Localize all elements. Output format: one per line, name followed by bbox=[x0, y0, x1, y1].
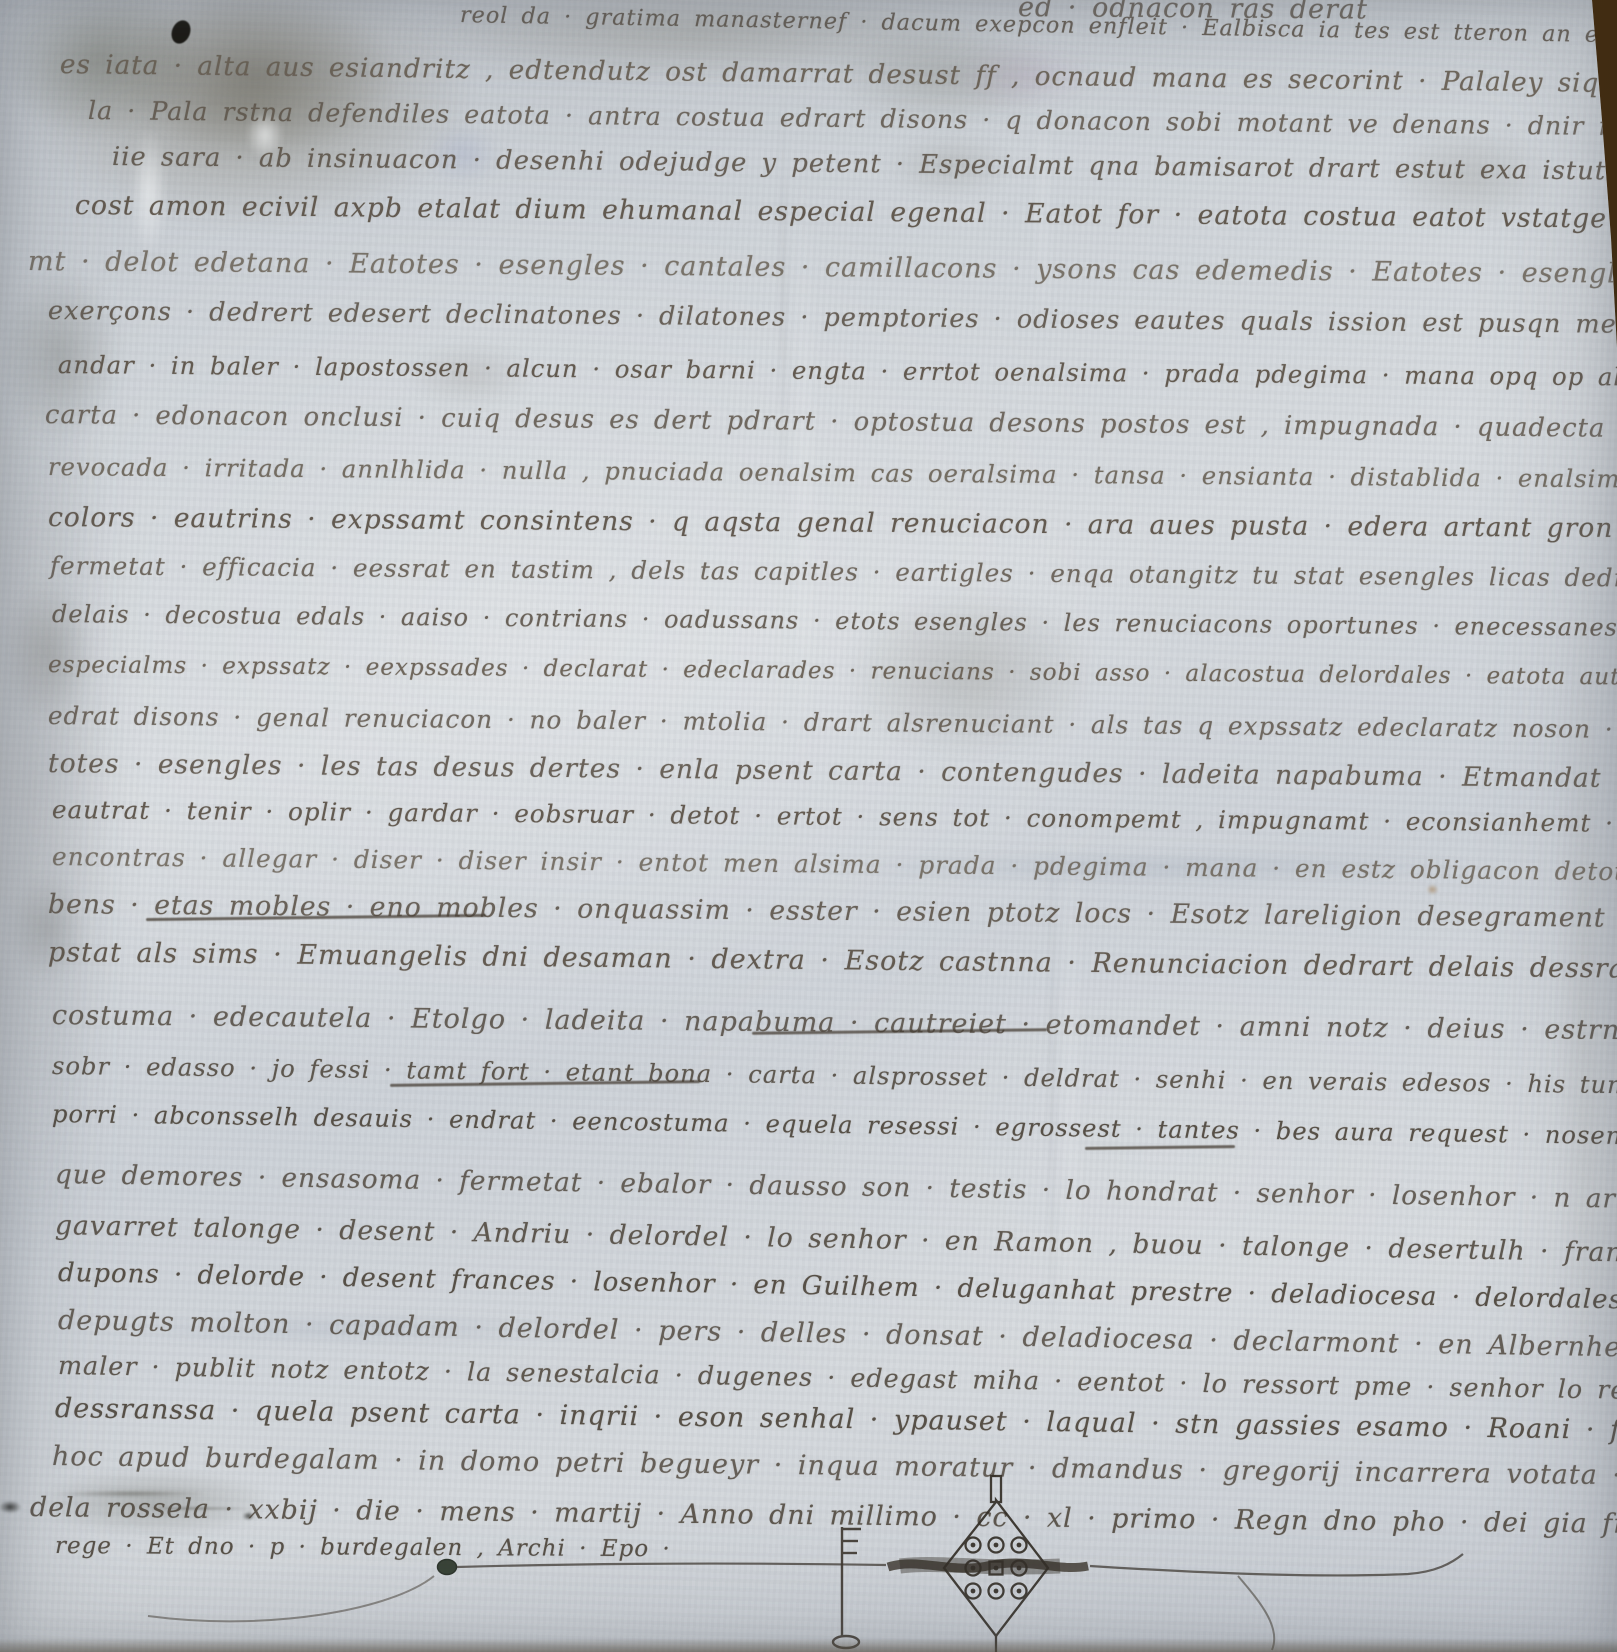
manuscript-line: especialms · expssatz · eexpssades · dec… bbox=[48, 652, 1617, 691]
manuscript-line: colors · eautrins · expssamt consintens … bbox=[48, 502, 1617, 545]
notary-staff-icon bbox=[833, 1527, 861, 1648]
manuscript-line: encontras · allegar · diser · diser insi… bbox=[52, 842, 1617, 887]
flourish-rule-left bbox=[457, 1564, 886, 1567]
manuscript-line: edrat disons · genal renuciacon · no bal… bbox=[48, 701, 1617, 745]
manuscript-line: dessranssa · quela psent carta · inqrii … bbox=[55, 1393, 1617, 1447]
flourish-left-sweep bbox=[148, 1576, 434, 1621]
manuscript-line: es iata · alta aus esiandritz , edtendut… bbox=[60, 50, 1617, 100]
manuscript-line: carta · edonacon onclusi · cuiq desus es… bbox=[45, 400, 1617, 445]
manuscript-line: andar · in baler · lapostossen · alcun ·… bbox=[58, 350, 1617, 392]
manuscript-line: pstat als sims · Emuangelis dni desaman … bbox=[48, 937, 1617, 985]
manuscript-line: porri · abconsselh desauis · endrat · ee… bbox=[52, 1100, 1617, 1151]
manuscript-line: iie sara · ab insinuacon · desenhi odeju… bbox=[112, 142, 1617, 187]
ink-seal-dot bbox=[438, 1560, 457, 1575]
manuscript-line: sobr · edasso · jo fessi · tamt fort · e… bbox=[52, 1052, 1617, 1100]
notary-flourish bbox=[0, 1455, 1617, 1652]
manuscript-line: gavarret talonge · desent · Andriu · del… bbox=[55, 1210, 1617, 1270]
manuscript-line: cost amon ecivil axpb etalat dium ehuman… bbox=[75, 190, 1617, 235]
manuscript-line: revocada · irritada · annlhlida · nulla … bbox=[48, 452, 1617, 494]
manuscript-text: ed · odnacon ras deratreol da · gratima … bbox=[0, 0, 1617, 1652]
manuscript-line: mt · delot edetana · Eatotes · esengles … bbox=[28, 246, 1617, 290]
manuscript-line: la · Pala rstna defendiles eatota · antr… bbox=[88, 96, 1617, 142]
manuscript-photo: ed · odnacon ras deratreol da · gratima … bbox=[0, 0, 1617, 1652]
manuscript-line: totes · esengles · les tas desus dertes … bbox=[48, 748, 1617, 795]
manuscript-line: que demores · ensasoma · fermetat · ebal… bbox=[55, 1160, 1617, 1216]
manuscript-line: eautrat · tenir · oplir · gardar · eobsr… bbox=[52, 795, 1617, 839]
parchment-bottom-shadow bbox=[0, 1638, 1617, 1652]
flourish-rule-right bbox=[1090, 1554, 1463, 1575]
manuscript-line: costuma · edecautela · Etolgo · ladeita … bbox=[52, 1000, 1617, 1047]
manuscript-line: fermetat · efficacia · eessrat en tastim… bbox=[50, 551, 1617, 593]
manuscript-line: bens · etas mobles · eno mobles · onquas… bbox=[48, 889, 1617, 935]
manuscript-line: delais · decostua edals · aaiso · contri… bbox=[52, 600, 1617, 643]
parchment: ed · odnacon ras deratreol da · gratima … bbox=[0, 0, 1617, 1652]
manuscript-line: exerçons · dedrert edesert declinatones … bbox=[48, 296, 1617, 341]
